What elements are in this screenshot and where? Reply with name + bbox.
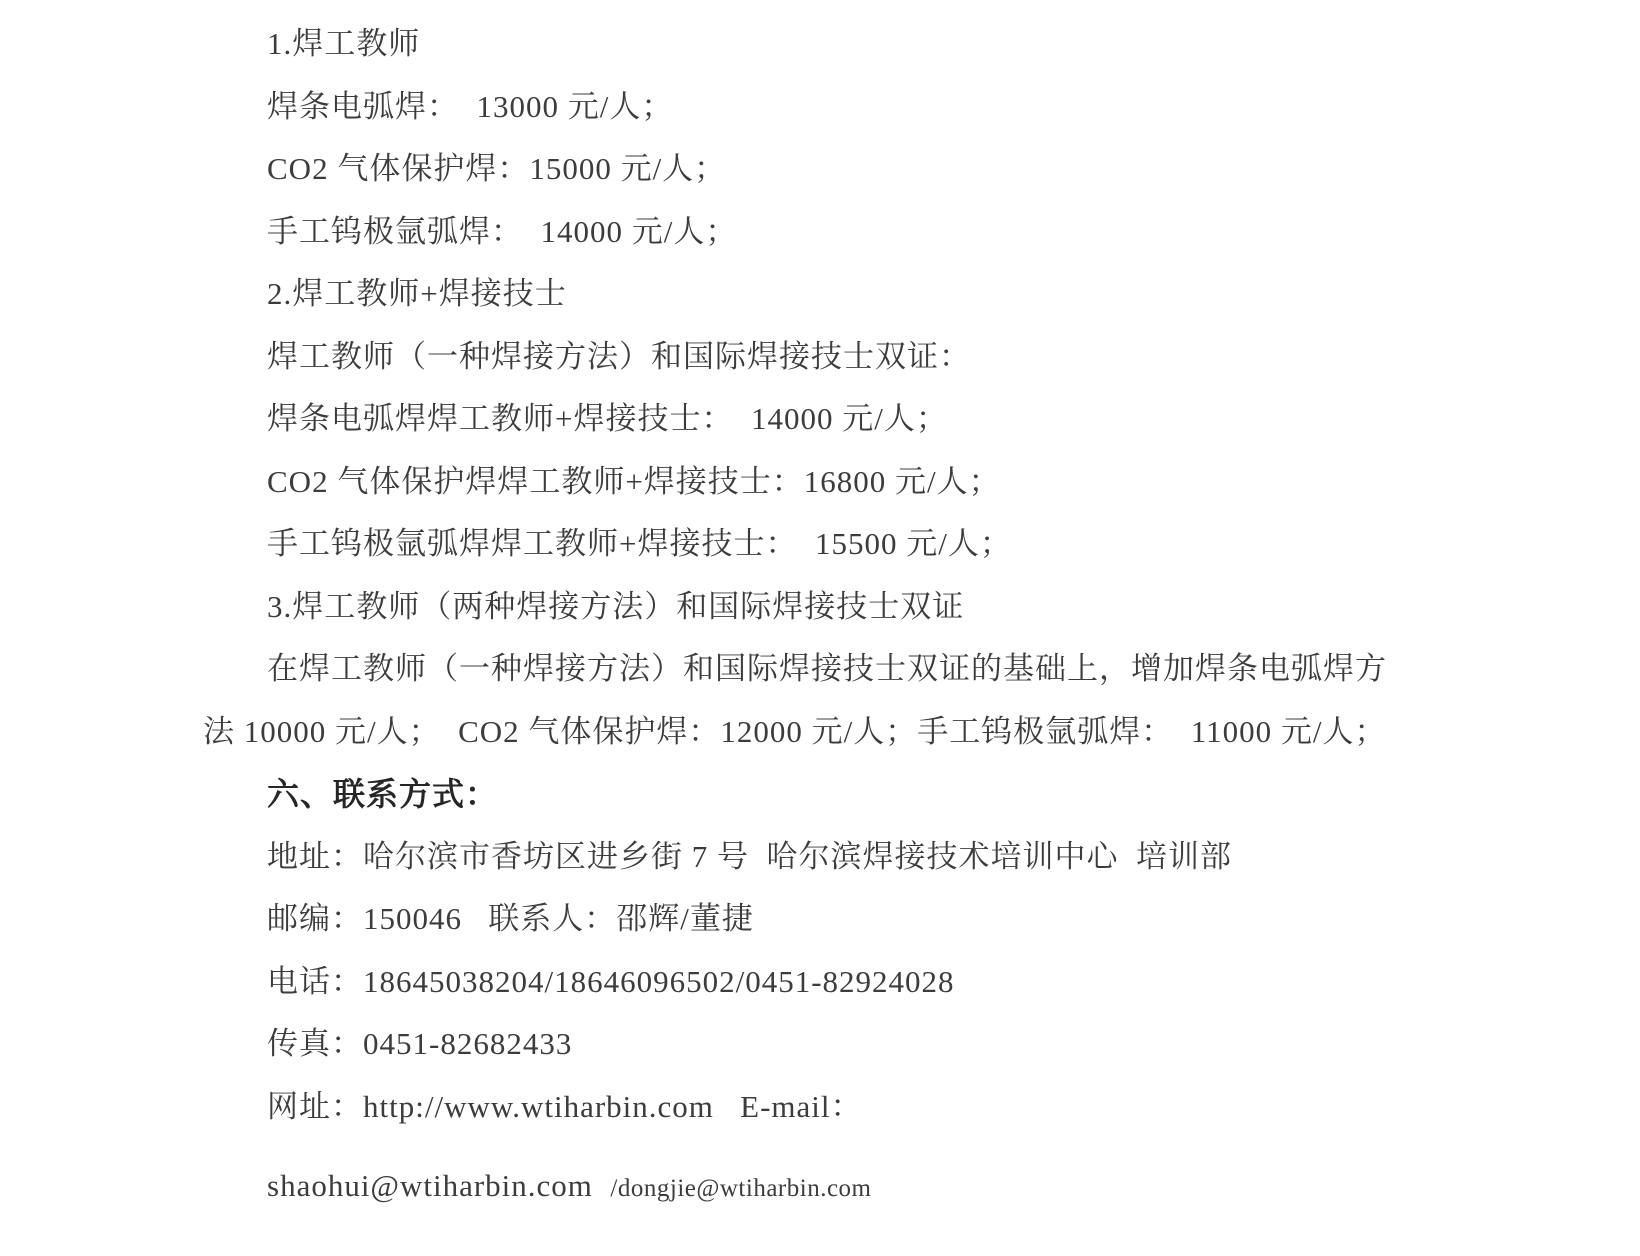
pricing-option2-price-tig: 手工钨极氩弧焊焊工教师+焊接技士： 15500 元/人； <box>203 513 1580 576</box>
contact-fax: 传真：0451-82682433 <box>203 1013 1580 1076</box>
pricing-option1-price-tig: 手工钨极氩弧焊： 14000 元/人； <box>203 201 1580 264</box>
contact-email-separator <box>593 1168 611 1203</box>
contact-address: 地址：哈尔滨市香坊区进乡街 7 号 哈尔滨焊接技术培训中心 培训部 <box>203 826 1580 889</box>
contact-phone: 电话：18645038204/18646096502/0451-82924028 <box>203 951 1580 1014</box>
document-body: 1.焊工教师 焊条电弧焊： 13000 元/人； CO2 气体保护焊：15000… <box>0 0 1640 1221</box>
pricing-option3-body-line1: 在焊工教师（一种焊接方法）和国际焊接技士双证的基础上，增加焊条电弧焊方 <box>203 638 1580 701</box>
pricing-option1-price-smaw: 焊条电弧焊： 13000 元/人； <box>203 76 1580 139</box>
pricing-option2-subtitle: 焊工教师（一种焊接方法）和国际焊接技士双证： <box>203 326 1580 389</box>
pricing-option3-body-line2: 法 10000 元/人； CO2 气体保护焊：12000 元/人；手工钨极氩弧焊… <box>203 701 1580 764</box>
pricing-option1-title: 1.焊工教师 <box>203 13 1580 76</box>
pricing-option2-price-co2: CO2 气体保护焊焊工教师+焊接技士：16800 元/人； <box>203 451 1580 514</box>
pricing-option3-title: 3.焊工教师（两种焊接方法）和国际焊接技士双证 <box>203 576 1580 639</box>
document-page: 1.焊工教师 焊条电弧焊： 13000 元/人； CO2 气体保护焊：15000… <box>0 0 1640 1256</box>
pricing-option2-price-smaw: 焊条电弧焊焊工教师+焊接技士： 14000 元/人； <box>203 388 1580 451</box>
contact-email-secondary: /dongjie@wtiharbin.com <box>610 1175 871 1202</box>
contact-email-primary: shaohui@wtiharbin.com <box>267 1168 593 1203</box>
pricing-option2-title: 2.焊工教师+焊接技士 <box>203 263 1580 326</box>
contact-section-heading: 六、联系方式： <box>203 763 1580 826</box>
contact-website-email-label: 网址：http://www.wtiharbin.com E-mail： <box>203 1076 1580 1139</box>
contact-email-line: shaohui@wtiharbin.com /dongjie@wtiharbin… <box>203 1155 1580 1221</box>
contact-postal-and-person: 邮编：150046 联系人：邵辉/董捷 <box>203 888 1580 951</box>
pricing-option1-price-co2: CO2 气体保护焊：15000 元/人； <box>203 138 1580 201</box>
